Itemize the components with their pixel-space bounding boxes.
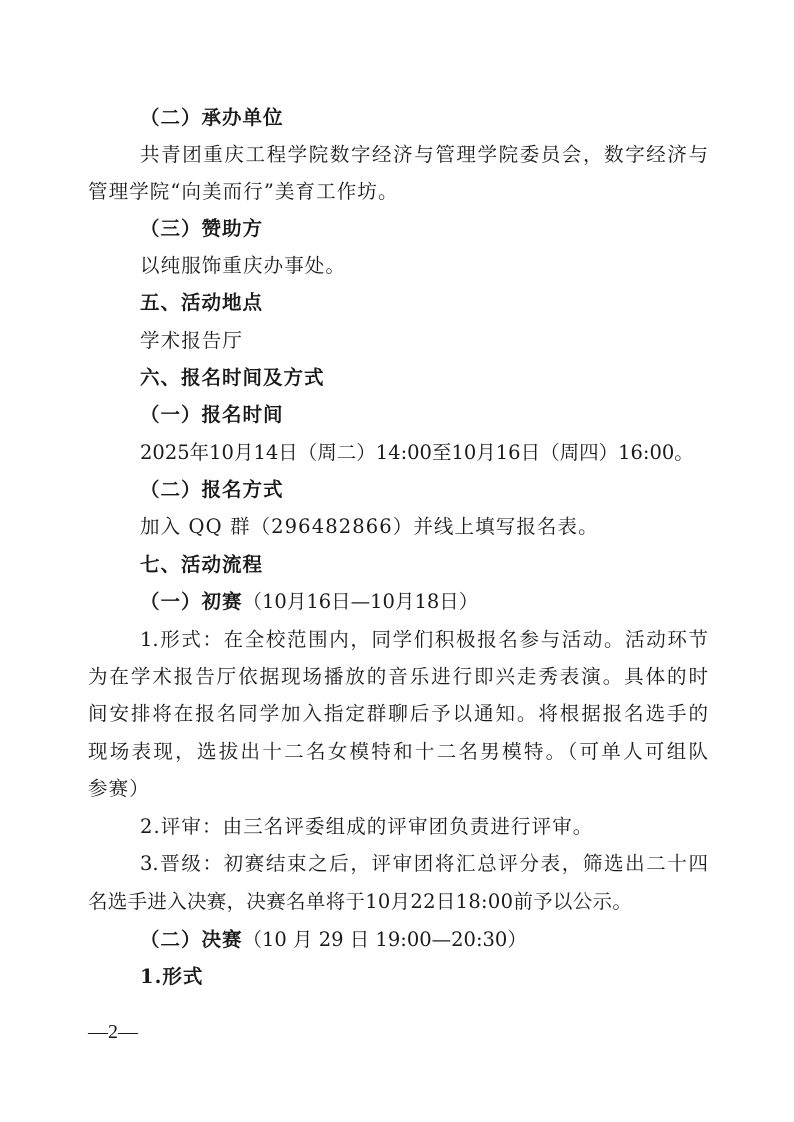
process-heading: 七、活动流程 [140,546,708,583]
location-text: 学术报告厅 [140,322,708,359]
prelim-form-line-1: 1.形式：在全校范围内，同学们积极报名参与活动。活动环节 [140,621,708,658]
prelim-form-line-3: 间安排将在报名同学加入指定群聊后予以通知。将根据报名选手的 [88,695,708,732]
prelim-advance-line-2: 名选手进入决赛，决赛名单将于10月22日18:00前予以公示。 [88,883,708,920]
prelim-form-line-5: 参赛） [88,770,708,807]
prelim-form-line-2: 为在学术报告厅依据现场播放的音乐进行即兴走秀表演。具体的时 [88,658,708,695]
prelim-heading-line: （一）初赛（10月16日—10月18日） [140,583,708,620]
registration-time-text: 2025年10月14日（周二）14:00至10月16日（周四）16:00。 [140,434,708,471]
organizer-heading: （二）承办单位 [140,99,708,136]
prelim-advance-line-1: 3.晋级：初赛结束之后，评审团将汇总评分表，筛选出二十四 [140,845,708,882]
registration-method-text: 加入 QQ 群（296482866）并线上填写报名表。 [140,508,708,545]
prelim-form-line-4: 现场表现，选拔出十二名女模特和十二名男模特。（可单人可组队 [88,733,708,770]
registration-heading: 六、报名时间及方式 [140,359,708,396]
final-heading-line: （二）决赛（10 月 29 日 19:00—20:30） [140,921,708,958]
registration-time-heading: （一）报名时间 [140,396,708,433]
page-number: —2— [88,1018,138,1046]
prelim-dates: （10月16日—10月18日） [243,590,479,613]
final-heading: （二）决赛 [140,928,243,951]
location-heading: 五、活动地点 [140,284,708,321]
organizer-text-line-1: 共青团重庆工程学院数字经济与管理学院委员会，数字经济与 [140,136,708,173]
document-page: （二）承办单位 共青团重庆工程学院数字经济与管理学院委员会，数字经济与 管理学院… [0,0,794,1122]
sponsor-heading: （三）赞助方 [140,210,708,247]
prelim-judging: 2.评审：由三名评委组成的评审团负责进行评审。 [140,808,708,845]
organizer-text-line-2: 管理学院“向美而行”美育工作坊。 [88,173,708,210]
registration-method-heading: （二）报名方式 [140,471,708,508]
final-form-heading: 1.形式 [140,958,708,995]
final-dates: （10 月 29 日 19:00—20:30） [243,928,527,951]
sponsor-text: 以纯服饰重庆办事处。 [140,247,708,284]
prelim-heading: （一）初赛 [140,590,243,613]
